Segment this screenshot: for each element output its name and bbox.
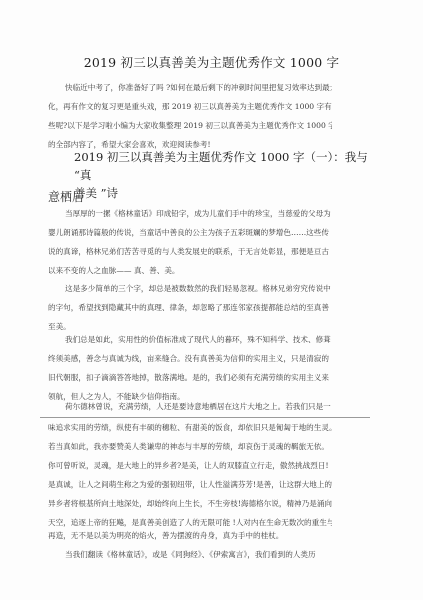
text-line: 些呢?以下是学习啦小编为大家收集整理 2019 初三以真善美为主题优秀作文 10… <box>48 116 332 135</box>
text-line: 异乡者将根基所向土地深处，却始终向上生长，不生旁枝!海德格尔说，精神乃是涌向 <box>48 494 332 513</box>
page-break-rule <box>40 417 370 418</box>
body-paragraph: 当厚厚的一摞《格林童话》印成铅字，成为儿童们手中的珍宝，当慈爱的父母为 婴儿朗诵… <box>48 204 332 280</box>
text-line: 若当真如此，我亦要赞美人类谦卑的神态与丰厚的劳绩，却哀伤于灵魂的羁旅无依。 <box>48 437 332 456</box>
text-line: 当我们翻读《格林童话》，或是《同狗经》、《伊索寓言》，我们看到的人类历 <box>48 545 332 564</box>
text-line: 快临近中考了，你准备好了吗 ?如何在最后剩下的冲刺时间里把复习效率达到最大 <box>48 78 332 97</box>
text-line: 的字句，希望找到隐藏其中的真理、律条，却忽略了那连邻家孩提都能总结的至真善 <box>48 298 332 317</box>
body-paragraph: 当我们翻读《格林童话》，或是《同狗经》、《伊索寓言》，我们看到的人类历 <box>48 545 332 564</box>
text-line: 当厚厚的一摞《格林童话》印成铅字，成为儿童们手中的珍宝，当慈爱的父母为 <box>48 204 332 223</box>
body-paragraph: 我们总是如此，实用性的价值标准成了现代人的暮环，殊不知科学、技术、修葺 终须美感… <box>48 330 332 406</box>
body-paragraph: 再造，无不是以美为明亮的焰火，善为摆渡的舟身，真为手中的桂杖。 <box>48 526 332 545</box>
text-line: 以来不变的人之血脉—— 真、善、美。 <box>48 261 332 280</box>
body-paragraph: 味追求实用的劳绩，纵使有丰硕的穗粒、有甜美的饭食，却依旧只是匍匐于地的生灵。 若… <box>48 418 332 532</box>
text-line: 是真诚，让人之间萌生称之为爱的强韧纽带，让人性溢满芬芳!是善，让这群大地上的 <box>48 475 332 494</box>
text-line: 旧代朝服，扣子滴滴答答地掉，散落满地。是的，我们必须有充满劳绩的实用主义来 <box>48 368 332 387</box>
text-line: 化，再有作文的复习更是重头戏，那 2019 初三以真善美为主题优秀作文 1000… <box>48 97 332 116</box>
essay-subtitle: 2019 初三以真善美为主题优秀作文 1000 字（一）：我与 “真 善美 ”诗 <box>74 148 374 202</box>
text-line: 味追求实用的劳绩，纵使有丰硕的穗粒、有甜美的饭食，却依旧只是匍匐于地的生灵。 <box>48 418 332 437</box>
subtitle-line: 2019 初三以真善美为主题优秀作文 1000 字（一）：我与 “真 <box>74 148 374 184</box>
document-page: 2019 初三以真善美为主题优秀作文 1000 字 快临近中考了，你准备好了吗 … <box>0 0 423 600</box>
essay-author: 意栖居 <box>48 188 84 205</box>
text-line: 荷尔德林曾说，充满劳绩，人还是要诗意地栖居在这片大地之上。若我们只是一 <box>48 397 332 416</box>
body-paragraph: 这是多少简单的三个字，却总是被数数然的我们轻易忽视。格林兄弟穷究传说中 的字句，… <box>48 279 332 336</box>
text-line: 我们总是如此，实用性的价值标准成了现代人的暮环，殊不知科学、技术、修葺 <box>48 330 332 349</box>
intro-paragraph: 快临近中考了，你准备好了吗 ?如何在最后剩下的冲刺时间里把复习效率达到最大 化，… <box>48 78 332 154</box>
text-line: 终须美感，善念与真诚为线，亩来缝合。没有真善美为信仰的实用主义，只是清寂的 <box>48 349 332 368</box>
body-paragraph: 荷尔德林曾说，充满劳绩，人还是要诗意地栖居在这片大地之上。若我们只是一 <box>48 397 332 416</box>
document-title: 2019 初三以真善美为主题优秀作文 1000 字 <box>0 53 423 71</box>
text-line: 再造，无不是以美为明亮的焰火，善为摆渡的舟身，真为手中的桂杖。 <box>48 526 332 545</box>
text-line: 这是多少简单的三个字，却总是被数数然的我们轻易忽视。格林兄弟穷究传说中 <box>48 279 332 298</box>
text-line: 婴儿朗诵那诗篇般的传说，当童话中善良的公主为孩子五彩斑斓的梦增色……这些传 <box>48 223 332 242</box>
subtitle-line: 善美 ”诗 <box>74 184 374 202</box>
text-line: 说的真谛，格林兄弟们苦苦寻觅的与人类发展史的联系，于无言处彰显，那便是亘古 <box>48 242 332 261</box>
text-line: 你可曾听说，灵魂，是大地上的异乡者?是美，让人的双膝直立行走，傲然挑战烈日! <box>48 456 332 475</box>
